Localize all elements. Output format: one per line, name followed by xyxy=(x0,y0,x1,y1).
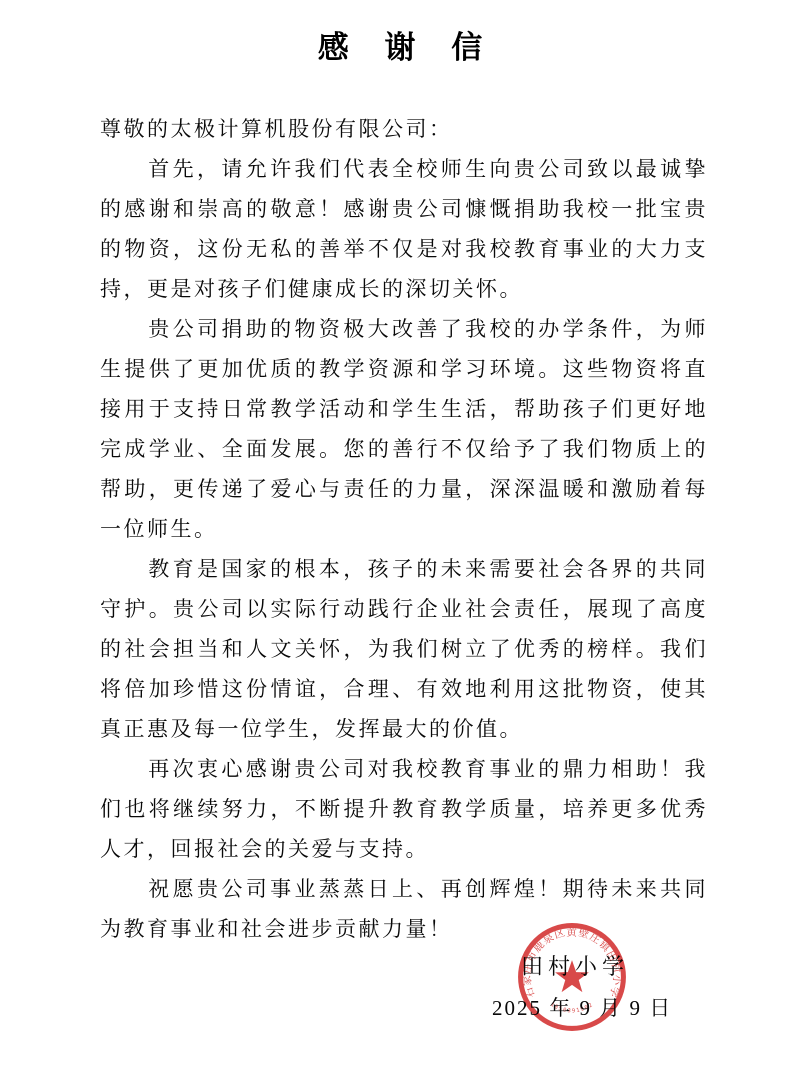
paragraph-4: 再次衷心感谢贵公司对我校教育事业的鼎力相助！我们也将继续努力，不断提升教育教学质… xyxy=(100,749,708,869)
letter-title: 感 谢 信 xyxy=(0,22,800,67)
letter-body: 尊敬的太极计算机股份有限公司： 首先，请允许我们代表全校师生向贵公司致以最诚挚的… xyxy=(100,109,708,949)
paragraph-5: 祝愿贵公司事业蒸蒸日上、再创辉煌！期待未来共同为教育事业和社会进步贡献力量！ xyxy=(100,869,708,949)
letter-page: 感 谢 信 尊敬的太极计算机股份有限公司： 首先，请允许我们代表全校师生向贵公司… xyxy=(0,0,800,1072)
paragraph-3: 教育是国家的根本，孩子的未来需要社会各界的共同守护。贵公司以实际行动践行企业社会… xyxy=(100,549,708,749)
salutation: 尊敬的太极计算机股份有限公司： xyxy=(100,109,708,149)
signature-date: 2025 年 9 月 9 日 xyxy=(492,992,672,1022)
signature-school-name: 田村小学 xyxy=(521,950,629,981)
paragraph-2: 贵公司捐助的物资极大改善了我校的办学条件，为师生提供了更加优质的教学资源和学习环… xyxy=(100,309,708,549)
paragraph-1: 首先，请允许我们代表全校师生向贵公司致以最诚挚的感谢和崇高的敬意！感谢贵公司慷慨… xyxy=(100,149,708,309)
